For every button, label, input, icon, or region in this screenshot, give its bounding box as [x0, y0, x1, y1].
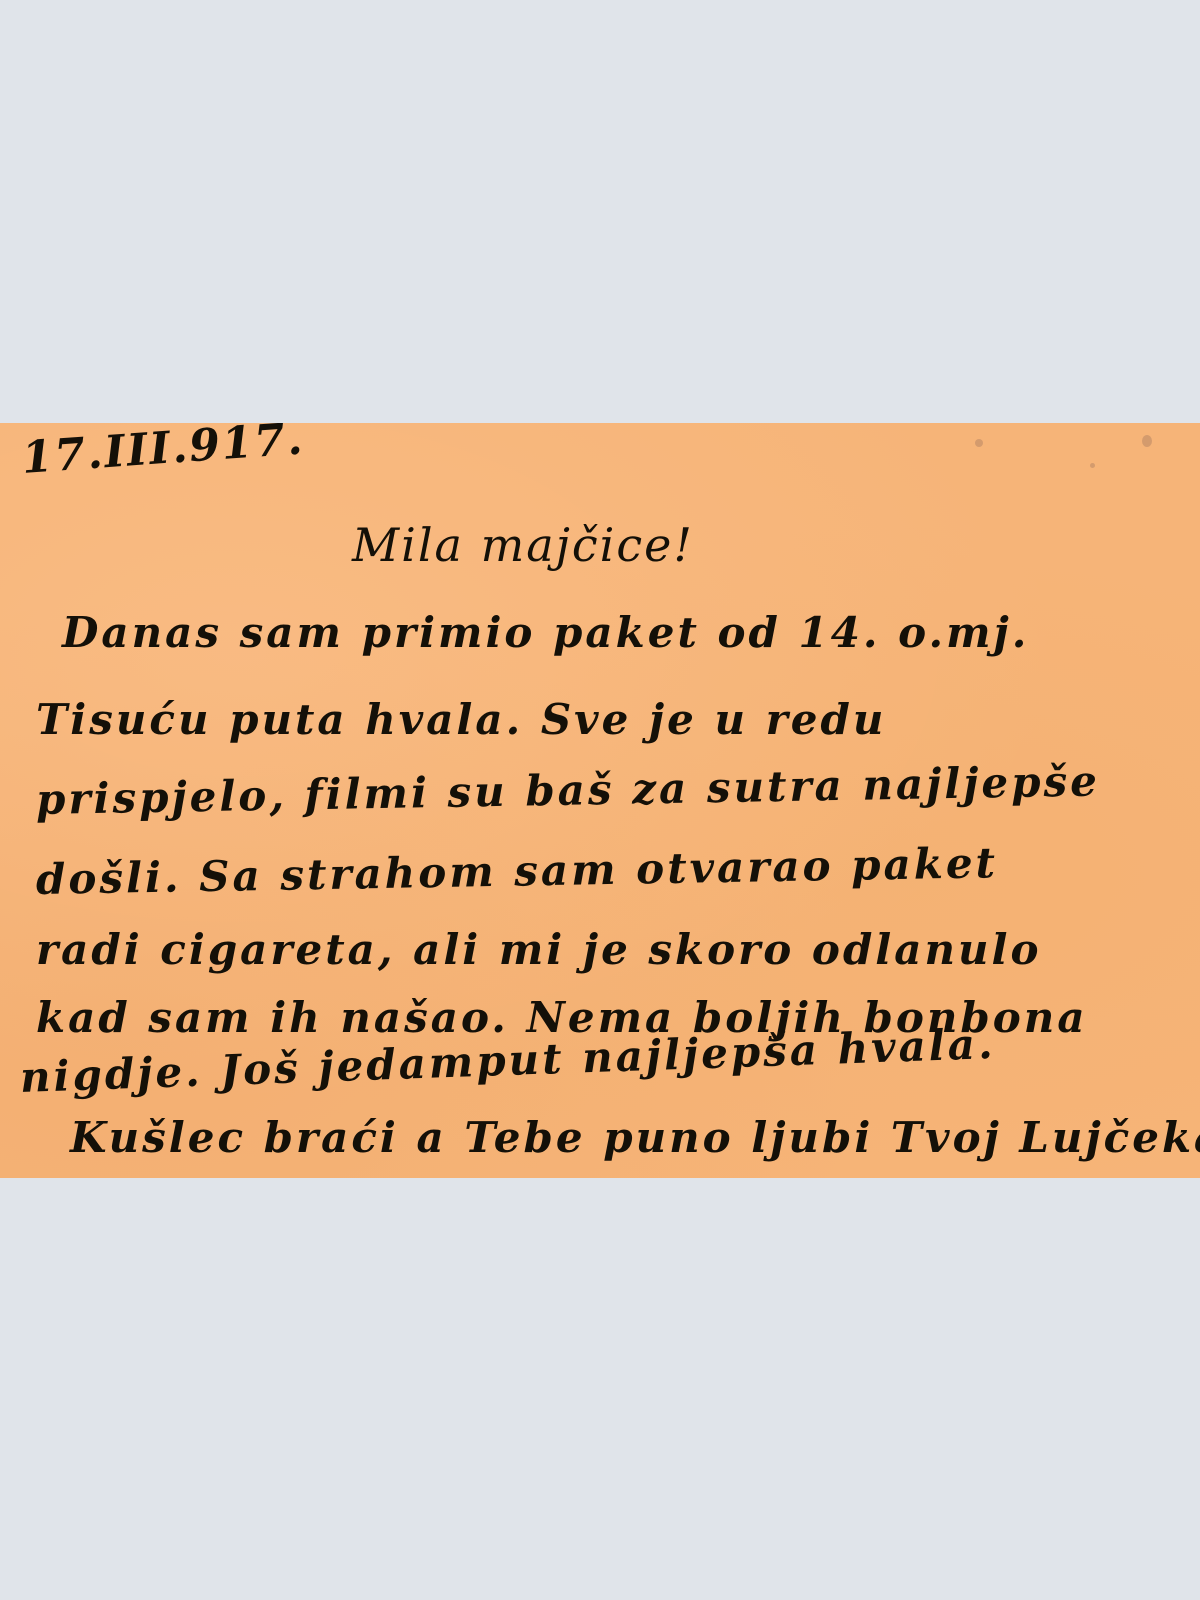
letter-line: došli. Sa strahom sam otvarao paket	[36, 838, 999, 904]
letter-line: prispjelo, filmi su baš za sutra najljep…	[36, 756, 1101, 824]
letter-salutation: Mila majčice!	[352, 518, 694, 572]
paper-stain	[975, 439, 983, 447]
letter-line: Danas sam primio paket od 14. o.mj.	[62, 608, 1029, 657]
paper-stain	[1142, 435, 1152, 447]
letter-line: Kušlec braći a Tebe puno ljubi Tvoj Lujč…	[70, 1113, 1200, 1162]
postcard: 17.III.917. Mila majčice! Danas sam prim…	[0, 423, 1200, 1178]
letter-date: 17.III.917.	[20, 423, 306, 484]
letter-line: Tisuću puta hvala. Sve je u redu	[36, 695, 886, 744]
page: 17.III.917. Mila majčice! Danas sam prim…	[0, 0, 1200, 1600]
paper-stain	[1090, 463, 1095, 468]
letter-line: radi cigareta, ali mi je skoro odlanulo	[36, 925, 1042, 974]
